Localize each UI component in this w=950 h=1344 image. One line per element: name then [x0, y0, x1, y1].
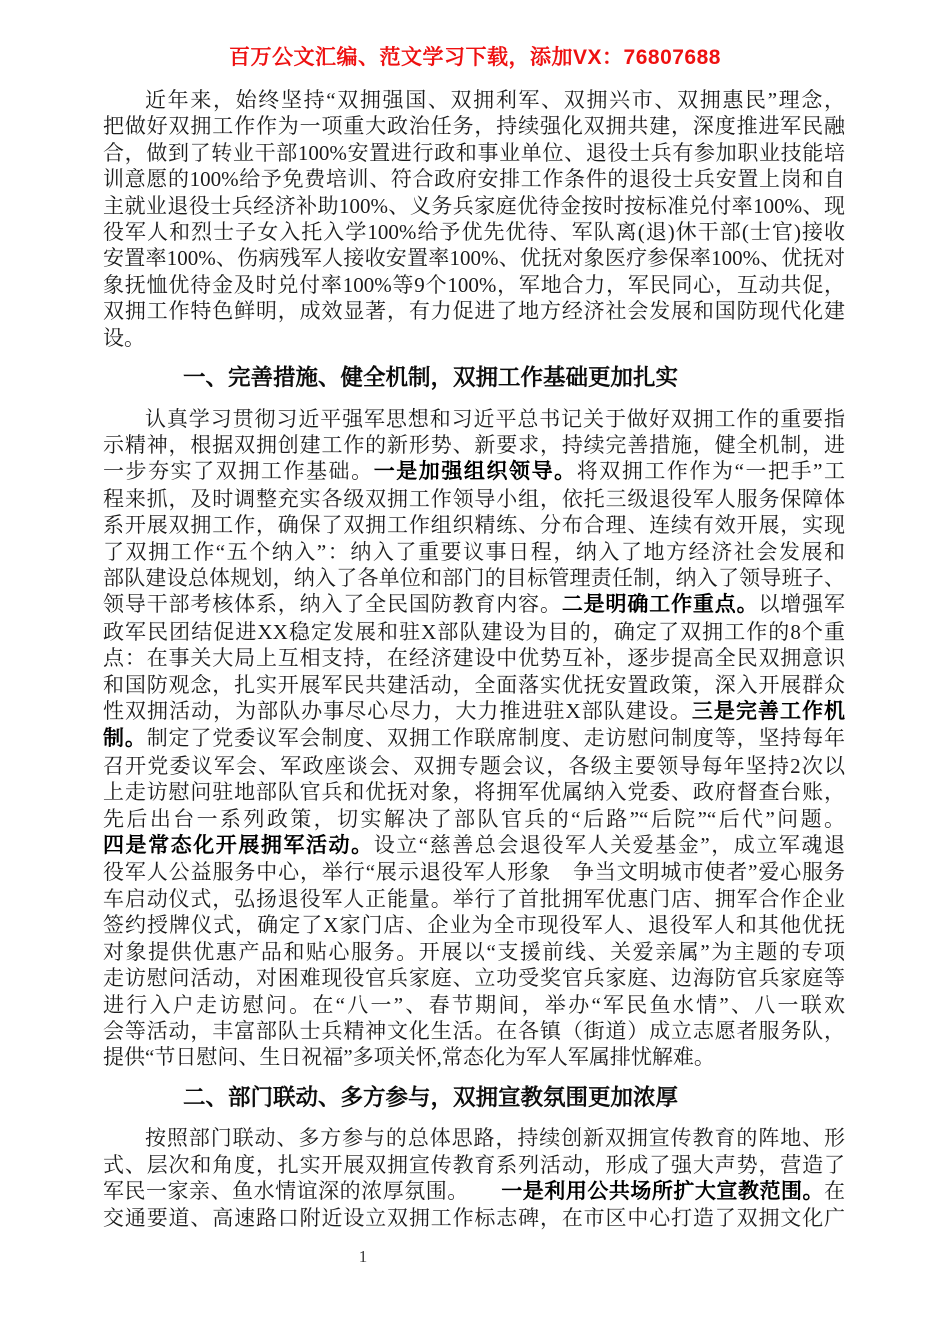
bold-text-run: 三是完善工作机 — [692, 700, 845, 723]
text-line: 示精神，根据双拥创建工作的新形势、新要求，持续完善措施，健全机制，进 — [103, 432, 845, 458]
text-line: 按照部门联动、多方参与的总体思路，持续创新双拥宣传教育的阵地、形 — [103, 1125, 845, 1151]
text-run: 以增强军 — [758, 592, 845, 616]
text-line: 把做好双拥工作作为一项重大政治任务，持续强化双拥共建，深度推进军民融 — [103, 113, 845, 139]
text-run: 军民一家亲、鱼水情谊深的浓厚氛围。 — [103, 1179, 501, 1203]
text-run: 进行入户走访慰问。在“八一”、春节期间，举办“军民鱼水情”、八一联欢 — [103, 993, 845, 1017]
bold-text-run: 二是明确工作重点。 — [562, 593, 759, 616]
section-heading: 二、部门联动、多方参与，双拥宣教氛围更加浓厚 — [183, 1085, 845, 1112]
text-run: 会等活动，丰富部队士兵精神文化生活。在各镇（街道）成立志愿者服务队， — [103, 1019, 845, 1043]
text-run: 部队建设总体规划，纳入了各单位和部门的目标管理责任制，纳入了领导班子、 — [103, 566, 845, 590]
text-line: 签约授牌仪式，确定了X家门店、企业为全市现役军人、退役军人和其他优抚 — [103, 912, 845, 938]
bold-text-run: 一是加强组织领导。 — [374, 460, 577, 483]
text-line: 点：在事关大局上互相支持，在经济建设中优势互补，逐步提高全民双拥意识 — [103, 645, 845, 671]
text-line: 先后出台一系列政策，切实解决了部队官兵的“后路”“后院”“后代”问题。 — [103, 806, 845, 832]
text-line: 领导干部考核体系，纳入了全民国防教育内容。二是明确工作重点。以增强军 — [103, 591, 845, 618]
text-run: 和国防观念，扎实开展军民共建活动，全面落实优抚安置政策，深入开展群众 — [103, 673, 845, 697]
text-run: 走访慰问活动，对困难现役官兵家庭、立功受奖官兵家庭、边海防官兵家庭等 — [103, 966, 845, 990]
text-run: 点：在事关大局上互相支持，在经济建设中优势互补，逐步提高全民双拥意识 — [103, 646, 845, 670]
text-run: 认真学习贯彻习近平强军思想和习近平总书记关于做好双拥工作的重要指 — [145, 407, 845, 431]
document-body: 近年来，始终坚持“双拥强国、双拥利军、双拥兴市、双拥惠民”理念，把做好双拥工作作… — [103, 87, 845, 1232]
text-line: 上走访慰问驻地部队官兵和优抚对象，将拥军优属纳入党委、政府督查台账， — [103, 779, 845, 805]
text-run: 主就业退役士兵经济补助100%、义务兵家庭优待金按时按标准兑付率100%、现 — [103, 194, 845, 218]
text-run: 示精神，根据双拥创建工作的新形势、新要求，持续完善措施，健全机制，进 — [103, 433, 845, 457]
text-line: 四是常态化开展拥军活动。设立“慈善总会退役军人关爱基金”，成立军魂退 — [103, 832, 845, 859]
text-run: 程来抓，及时调整充实各级双拥工作领导小组，依托三级退役军人服务保障体 — [103, 487, 845, 511]
text-run: 合，做到了转业干部100%安置进行政和事业单位、退役士兵有参加职业技能培 — [103, 141, 845, 165]
text-line: 安置率100%、伤病残军人接收安置率100%、优抚对象医疗参保率100%、优抚对 — [103, 245, 845, 271]
text-run: 设立“慈善总会退役军人关爱基金”，成立军魂退 — [374, 833, 845, 857]
text-run: 把做好双拥工作作为一项重大政治任务，持续强化双拥共建，深度推进军民融 — [103, 114, 845, 138]
text-run: 双拥工作特色鲜明，成效显著，有力促进了地方经济社会发展和国防现代化建 — [103, 299, 845, 323]
text-run: 象抚恤优待金及时兑付率100%等9个100%，军地合力，军民同心，互动共促， — [103, 273, 845, 297]
bold-text-run: 一是利用公共场所扩大宣教范围。 — [501, 1180, 824, 1203]
text-run: 上走访慰问驻地部队官兵和优抚对象，将拥军优属纳入党委、政府督查台账， — [103, 780, 845, 804]
text-line: 系开展双拥工作，确保了双拥工作组织精练、分布合理、连续有效开展，实现 — [103, 512, 845, 538]
text-run: 对象提供优惠产品和贴心服务。开展以“支援前线、关爱亲属”为主题的专项 — [103, 940, 845, 964]
text-run: 训意愿的100%给予免费培训、符合政府安排工作条件的退役士兵安置上岗和自 — [103, 167, 845, 191]
text-line: 军民一家亲、鱼水情谊深的浓厚氛围。 一是利用公共场所扩大宣教范围。在 — [103, 1178, 845, 1205]
text-line: 提供“节日慰问、生日祝福”多项关怀,常态化为军人军属排忧解难。 — [103, 1044, 845, 1070]
text-run: 安置率100%、伤病残军人接收安置率100%、优抚对象医疗参保率100%、优抚对 — [103, 246, 845, 270]
document-page: 百万公文汇编、范文学习下载，添加VX：76807688 近年来，始终坚持“双拥强… — [0, 0, 950, 1344]
text-line: 训意愿的100%给予免费培训、符合政府安排工作条件的退役士兵安置上岗和自 — [103, 166, 845, 192]
text-line: 车启动仪式，弘扬退役军人正能量。举行了首批拥军优惠门店、拥军合作企业 — [103, 886, 845, 912]
text-run: 先后出台一系列政策，切实解决了部队官兵的“后路”“后院”“后代”问题。 — [103, 807, 845, 831]
text-run: 式、层次和角度，扎实开展双拥宣传教育系列活动，形成了强大声势，营造了 — [103, 1153, 845, 1177]
text-line: 了双拥工作“五个纳入”：纳入了重要议事日程，纳入了地方经济社会发展和 — [103, 539, 845, 565]
text-run: 役军人和烈士子女入托入学100%给予优先优待、军队离(退)休干部(士官)接收 — [103, 220, 845, 244]
text-line: 性双拥活动，为部队办事尽心尽力，大力推进驻X部队建设。三是完善工作机 — [103, 698, 845, 725]
text-line: 役军人和烈士子女入托入学100%给予优先优待、军队离(退)休干部(士官)接收 — [103, 219, 845, 245]
section-heading: 一、完善措施、健全机制，双拥工作基础更加扎实 — [183, 365, 845, 392]
text-line: 交通要道、高速路口附近设立双拥工作标志碑，在市区中心打造了双拥文化广 — [103, 1205, 845, 1231]
text-line: 和国防观念，扎实开展军民共建活动，全面落实优抚安置政策，深入开展群众 — [103, 672, 845, 698]
text-line: 制。制定了党委议军会制度、双拥工作联席制度、走访慰问制度等，坚持每年 — [103, 725, 845, 752]
bold-text-run: 制。 — [103, 727, 147, 750]
text-line: 认真学习贯彻习近平强军思想和习近平总书记关于做好双拥工作的重要指 — [103, 406, 845, 432]
text-line: 政军民团结促进XX稳定发展和驻X部队建设为目的，确定了双拥工作的8个重 — [103, 619, 845, 645]
text-run: 设。 — [103, 326, 145, 350]
text-run: 签约授牌仪式，确定了X家门店、企业为全市现役军人、退役军人和其他优抚 — [103, 913, 845, 937]
text-run: 政军民团结促进XX稳定发展和驻X部队建设为目的，确定了双拥工作的8个重 — [103, 620, 845, 644]
text-line: 双拥工作特色鲜明，成效显著，有力促进了地方经济社会发展和国防现代化建 — [103, 298, 845, 324]
text-run: 交通要道、高速路口附近设立双拥工作标志碑，在市区中心打造了双拥文化广 — [103, 1206, 845, 1230]
text-run: 制定了党委议军会制度、双拥工作联席制度、走访慰问制度等，坚持每年 — [147, 726, 845, 750]
text-line: 主就业退役士兵经济补助100%、义务兵家庭优待金按时按标准兑付率100%、现 — [103, 193, 845, 219]
text-line: 式、层次和角度，扎实开展双拥宣传教育系列活动，形成了强大声势，营造了 — [103, 1152, 845, 1178]
text-run: 一步夯实了双拥工作基础。 — [103, 459, 374, 483]
text-run: 车启动仪式，弘扬退役军人正能量。举行了首批拥军优惠门店、拥军合作企业 — [103, 887, 845, 911]
text-run: 役军人公益服务中心，举行“展示退役军人形象 争当文明城市使者”爱心服务 — [103, 860, 845, 884]
text-line: 一步夯实了双拥工作基础。一是加强组织领导。将双拥工作作为“一把手”工 — [103, 458, 845, 485]
text-run: 召开党委议军会、军政座谈会、双拥专题会议，各级主要领导每年坚持2次以 — [103, 754, 845, 778]
page-number: 1 — [330, 1247, 396, 1267]
text-line: 进行入户走访慰问。在“八一”、春节期间，举办“军民鱼水情”、八一联欢 — [103, 992, 845, 1018]
promo-header-text: 百万公文汇编、范文学习下载，添加VX：76807688 — [0, 44, 950, 72]
text-run: 性双拥活动，为部队办事尽心尽力，大力推进驻X部队建设。 — [103, 699, 692, 723]
text-line: 役军人公益服务中心，举行“展示退役军人形象 争当文明城市使者”爱心服务 — [103, 859, 845, 885]
text-line: 设。 — [103, 325, 845, 351]
text-line: 会等活动，丰富部队士兵精神文化生活。在各镇（街道）成立志愿者服务队， — [103, 1018, 845, 1044]
text-run: 按照部门联动、多方参与的总体思路，持续创新双拥宣传教育的阵地、形 — [145, 1126, 845, 1150]
text-run: 将双拥工作作为“一把手”工 — [577, 459, 845, 483]
text-line: 对象提供优惠产品和贴心服务。开展以“支援前线、关爱亲属”为主题的专项 — [103, 939, 845, 965]
text-line: 象抚恤优待金及时兑付率100%等9个100%，军地合力，军民同心，互动共促， — [103, 272, 845, 298]
text-run: 了双拥工作“五个纳入”：纳入了重要议事日程，纳入了地方经济社会发展和 — [103, 540, 845, 564]
text-line: 程来抓，及时调整充实各级双拥工作领导小组，依托三级退役军人服务保障体 — [103, 486, 845, 512]
text-line: 走访慰问活动，对困难现役官兵家庭、立功受奖官兵家庭、边海防官兵家庭等 — [103, 965, 845, 991]
text-run: 系开展双拥工作，确保了双拥工作组织精练、分布合理、连续有效开展，实现 — [103, 513, 845, 537]
text-run: 领导干部考核体系，纳入了全民国防教育内容。 — [103, 592, 562, 616]
text-line: 近年来，始终坚持“双拥强国、双拥利军、双拥兴市、双拥惠民”理念， — [103, 87, 845, 113]
text-run: 在 — [824, 1179, 845, 1203]
text-line: 合，做到了转业干部100%安置进行政和事业单位、退役士兵有参加职业技能培 — [103, 140, 845, 166]
text-line: 部队建设总体规划，纳入了各单位和部门的目标管理责任制，纳入了领导班子、 — [103, 565, 845, 591]
bold-text-run: 四是常态化开展拥军活动。 — [103, 834, 374, 857]
text-line: 召开党委议军会、军政座谈会、双拥专题会议，各级主要领导每年坚持2次以 — [103, 753, 845, 779]
text-run: 提供“节日慰问、生日祝福”多项关怀,常态化为军人军属排忧解难。 — [103, 1045, 715, 1069]
text-run: 近年来，始终坚持“双拥强国、双拥利军、双拥兴市、双拥惠民”理念， — [145, 88, 845, 112]
